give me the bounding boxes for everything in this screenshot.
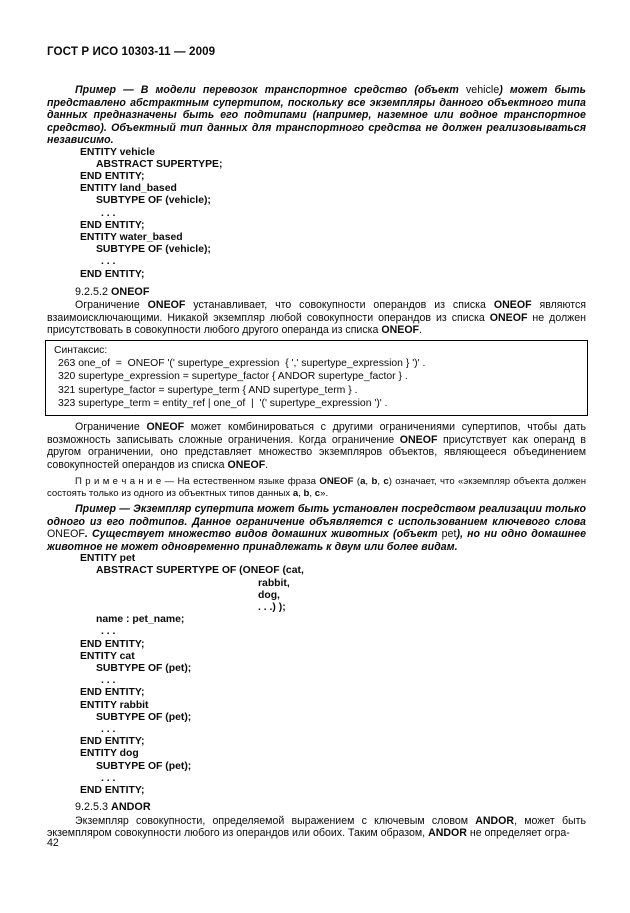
text-segment: не определяет огра- bbox=[467, 827, 570, 839]
syntax-box-label: Синтаксис: bbox=[54, 344, 581, 357]
paragraph-oneof-definition: Ограничение ONEOF устанавливает, что сов… bbox=[47, 299, 586, 337]
syntax-box: Синтаксис: 263 one_of = ONEOF '(' supert… bbox=[45, 340, 588, 416]
section-heading-oneof: 9.2.5.2 ONEOF bbox=[47, 286, 586, 299]
code-line: SUBTYPE OF (pet); bbox=[96, 663, 586, 675]
code-line: ENTITY cat bbox=[80, 651, 586, 663]
code-line: ENTITY rabbit bbox=[80, 700, 586, 712]
code-line: END ENTITY; bbox=[80, 639, 586, 651]
code-line: ENTITY vehicle bbox=[80, 147, 586, 159]
text-segment: ONEOF bbox=[490, 312, 528, 324]
code-line: ENTITY water_based bbox=[80, 232, 586, 244]
text-segment: 9.2.5.2 bbox=[75, 286, 111, 298]
syntax-rule-line: 321 supertype_factor = supertype_term { … bbox=[58, 384, 581, 397]
text-segment: Ограничение bbox=[75, 299, 148, 311]
code-line: name : pet_name; bbox=[96, 614, 586, 626]
code-block-pet: ENTITY petABSTRACT SUPERTYPE OF (ONEOF (… bbox=[47, 553, 586, 797]
section-heading-andor: 9.2.5.3 ANDOR bbox=[47, 801, 586, 814]
paragraph-oneof-combination: Ограничение ONEOF может комбинироваться … bbox=[47, 421, 586, 471]
text-segment: Пример — В модели перевозок транспортное… bbox=[75, 84, 466, 96]
text-segment: . bbox=[265, 459, 268, 471]
text-segment: pet bbox=[442, 528, 457, 540]
code-line: ENTITY dog bbox=[80, 748, 586, 760]
text-segment: ANDOR bbox=[111, 801, 151, 813]
code-line: . . . bbox=[101, 675, 586, 687]
code-line: SUBTYPE OF (pet); bbox=[96, 712, 586, 724]
document-page: ГОСТ Р ИСО 10303-11 — 2009 Пример — В мо… bbox=[0, 0, 630, 913]
text-segment: vehicle bbox=[466, 84, 499, 96]
code-line: . . . bbox=[101, 208, 586, 220]
code-line: SUBTYPE OF (vehicle); bbox=[96, 195, 586, 207]
text-segment: ONEOF bbox=[111, 286, 149, 298]
note-paragraph-oneof: П р и м е ч а н и е — На естественном яз… bbox=[47, 476, 586, 500]
code-line: SUBTYPE OF (vehicle); bbox=[96, 244, 586, 256]
code-line: dog, bbox=[258, 590, 586, 602]
syntax-rule-line: 323 supertype_term = entity_ref | one_of… bbox=[58, 397, 581, 410]
text-segment: ONEOF bbox=[400, 434, 438, 446]
code-line: END ENTITY; bbox=[80, 220, 586, 232]
text-segment: . bbox=[419, 324, 422, 336]
text-segment: ONEOF bbox=[146, 421, 184, 433]
text-segment: устанавливает, что совокупности операндо… bbox=[185, 299, 494, 311]
code-line: . . . bbox=[101, 626, 586, 638]
text-segment: ONEOF bbox=[319, 476, 353, 487]
code-line: . . . bbox=[101, 773, 586, 785]
text-segment: ONEOF bbox=[228, 459, 266, 471]
code-line: . . . bbox=[101, 256, 586, 268]
text-segment: ». bbox=[320, 488, 328, 499]
example-paragraph-pet: Пример — Экземпляр супертипа может быть … bbox=[47, 503, 586, 553]
text-segment: ANDOR bbox=[428, 827, 467, 839]
text-segment: ONEOF bbox=[47, 528, 85, 540]
syntax-rule-line: 320 supertype_expression = supertype_fac… bbox=[58, 370, 581, 383]
code-line: END ENTITY; bbox=[80, 736, 586, 748]
code-line: ENTITY pet bbox=[80, 553, 586, 565]
code-line: rabbit, bbox=[258, 578, 586, 590]
paragraph-andor-definition: Экземпляр совокупности, определяемой выр… bbox=[47, 815, 586, 840]
text-segment: ONEOF bbox=[494, 299, 532, 311]
syntax-rule-list: 263 one_of = ONEOF '(' supertype_express… bbox=[54, 357, 581, 410]
code-line: ABSTRACT SUPERTYPE OF (ONEOF (cat, bbox=[96, 565, 586, 577]
example-paragraph-vehicle: Пример — В модели перевозок транспортное… bbox=[47, 84, 586, 147]
text-segment: ONEOF bbox=[381, 324, 419, 336]
code-line: END ENTITY; bbox=[80, 171, 586, 183]
text-segment: Пример — Экземпляр супертипа может быть … bbox=[47, 503, 586, 528]
syntax-rule-line: 263 one_of = ONEOF '(' supertype_express… bbox=[58, 357, 581, 370]
page-header-title: ГОСТ Р ИСО 10303-11 — 2009 bbox=[47, 45, 586, 58]
text-segment: ONEOF bbox=[148, 299, 186, 311]
code-block-vehicle: ENTITY vehicleABSTRACT SUPERTYPE;END ENT… bbox=[47, 147, 586, 281]
code-line: END ENTITY; bbox=[80, 687, 586, 699]
code-line: . . .) ); bbox=[258, 602, 586, 614]
code-line: END ENTITY; bbox=[80, 785, 586, 797]
code-line: SUBTYPE OF (pet); bbox=[96, 761, 586, 773]
code-line: END ENTITY; bbox=[80, 269, 586, 281]
text-segment: Ограничение bbox=[75, 421, 146, 433]
text-segment: 9.2.5.3 bbox=[75, 801, 111, 813]
text-segment: Экземпляр совокупности, определяемой выр… bbox=[75, 815, 475, 827]
code-line: ENTITY land_based bbox=[80, 183, 586, 195]
text-segment: . Существует множество видов домашних жи… bbox=[85, 528, 442, 540]
page-number: 42 bbox=[47, 837, 59, 849]
code-line: ABSTRACT SUPERTYPE; bbox=[96, 159, 586, 171]
text-segment: ANDOR bbox=[475, 815, 514, 827]
code-line: . . . bbox=[101, 724, 586, 736]
text-segment: П р и м е ч а н и е — На естественном яз… bbox=[75, 476, 319, 487]
